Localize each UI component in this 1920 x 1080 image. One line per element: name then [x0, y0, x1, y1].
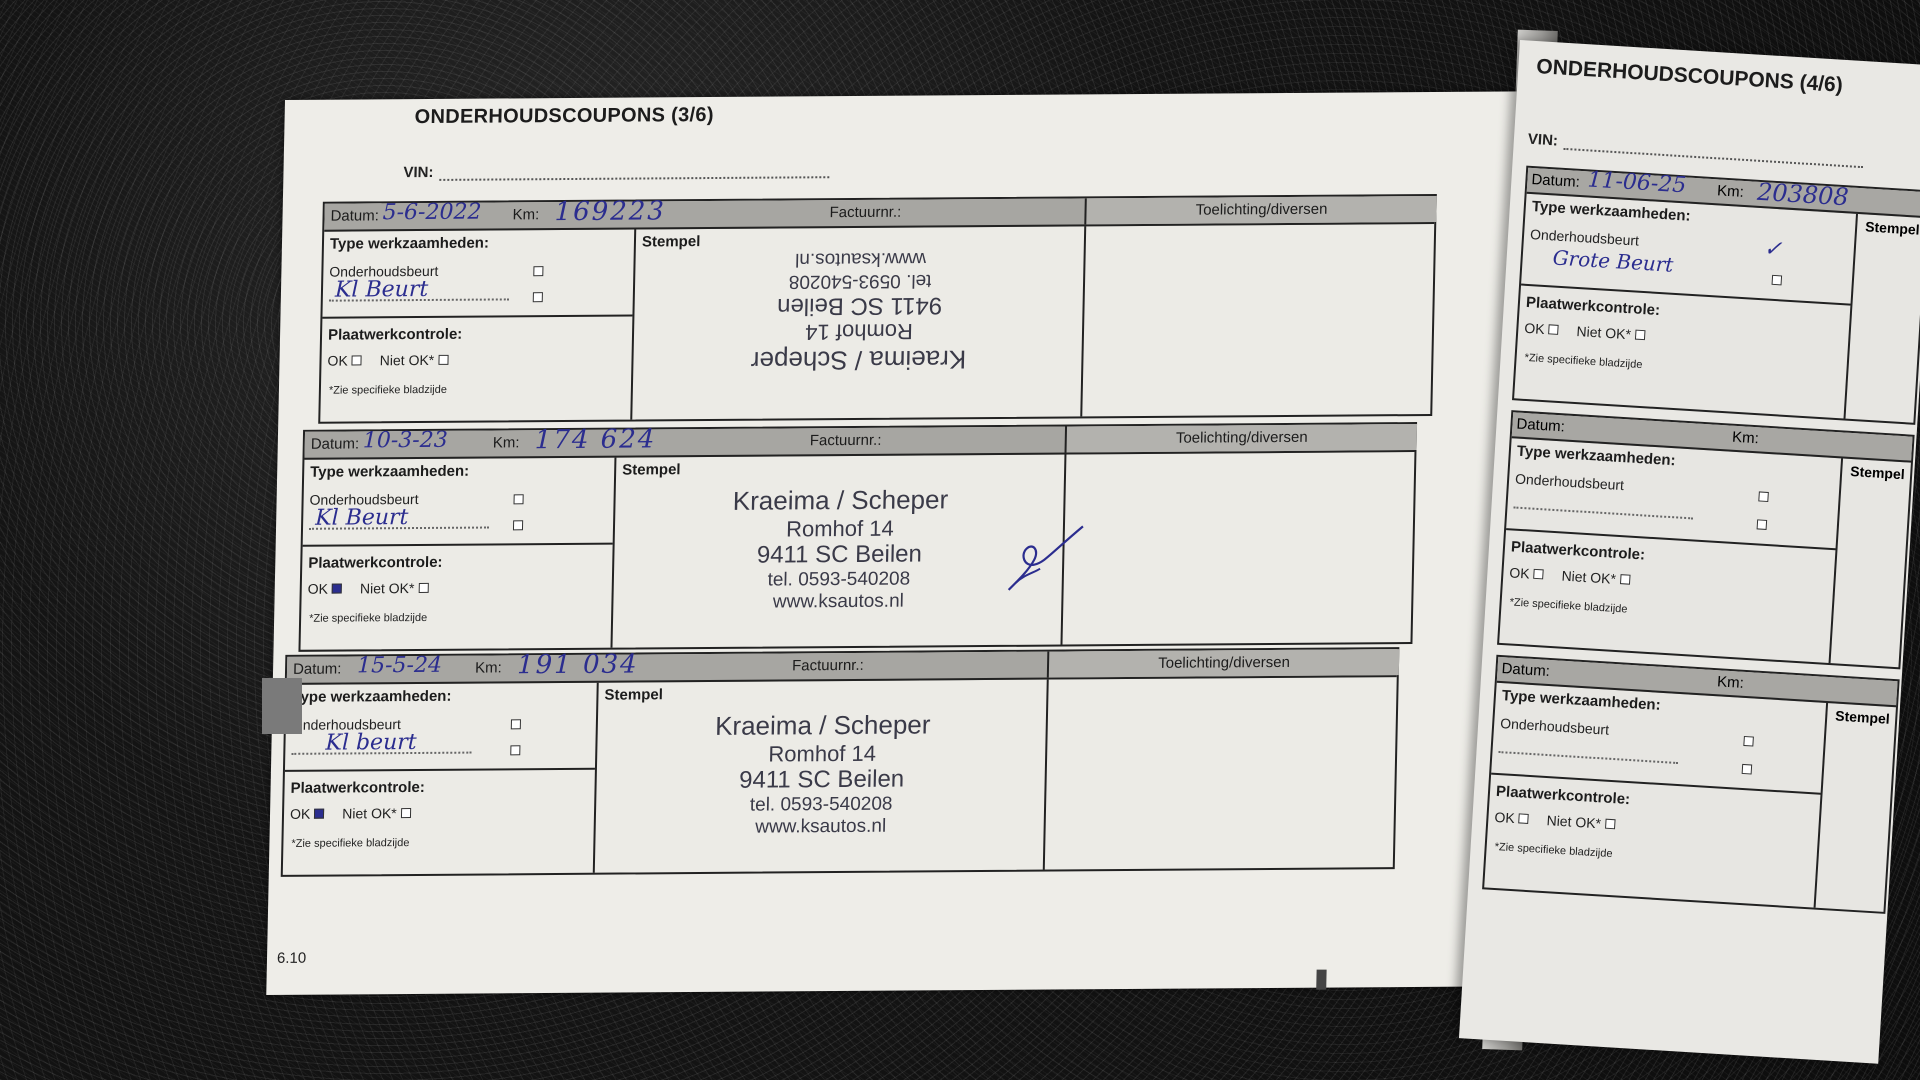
coupon-3: Datum: 15-5-24 Km: 191 034 Factuurnr.: T…	[281, 647, 1400, 877]
stamp-line-3: 9411 SC Beilen	[656, 765, 987, 795]
page-title: ONDERHOUDSCOUPONS (3/6)	[414, 104, 714, 129]
page-tab-marker	[262, 678, 302, 734]
coupon-1: Datum: 5-6-2022 Km: 169223 Factuurnr.: T…	[318, 194, 1437, 424]
ok-label: OK	[327, 353, 348, 369]
niet-ok-label: Niet OK*	[1576, 323, 1631, 342]
work-column: Type werkzaamheden: Onderhoudsbeurt Plaa…	[1499, 438, 1843, 663]
plaatwerk-label: Plaatwerkcontrole:	[328, 326, 463, 344]
ok-row: OKNiet OK*	[1494, 809, 1633, 833]
extra-checkbox[interactable]	[513, 520, 523, 530]
coupon-body: Type werkzaamheden: Onderhoudsbeurt ✓ Gr…	[1514, 194, 1920, 423]
stamp-line-4: tel. 0593-540208	[674, 568, 1004, 592]
datum-value: 10-3-23	[363, 428, 448, 454]
ok-row: OKNiet OK*	[1524, 320, 1663, 344]
type-label: Type werkzaamheden:	[330, 235, 489, 253]
toelichting-column	[1062, 452, 1414, 644]
type-label: Type werkzaamheden:	[310, 463, 469, 481]
niet-ok-checkbox[interactable]	[1635, 330, 1646, 341]
extra-checkbox[interactable]	[533, 292, 543, 302]
ok-row: OKNiet OK*	[1509, 564, 1648, 588]
ok-label: OK	[1494, 809, 1515, 826]
right-coupon-1: Datum: 11-06-25 Km: 203808 Type werkzaam…	[1512, 166, 1920, 425]
ok-label: OK	[290, 806, 311, 822]
type-label: Type werkzaamheden:	[1516, 443, 1676, 470]
ok-label: OK	[1524, 320, 1545, 337]
type-label: Type werkzaamheden:	[1531, 198, 1691, 225]
toelichting-label: Toelichting/diversen	[1047, 649, 1400, 677]
datum-value: 11-06-25	[1587, 167, 1687, 198]
dealer-stamp-upside-down: Kraeima / Scheper Romhof 14 9411 SC Beil…	[693, 247, 1026, 376]
km-value: 203808	[1756, 178, 1849, 212]
km-value: 174 624	[535, 424, 657, 455]
coupon-body: Type werkzaamheden: Onderhoudsbeurt Kl b…	[283, 677, 1397, 875]
stamp-line-2: Romhof 14	[694, 318, 1025, 346]
niet-ok-checkbox[interactable]	[401, 808, 411, 818]
onderhoud-checkbox[interactable]	[1758, 491, 1769, 502]
checkmark-icon: ✓	[1763, 236, 1783, 262]
km-label: Km:	[475, 659, 502, 676]
datum-value: 5-6-2022	[382, 200, 481, 226]
factuur-label: Factuurnr.:	[810, 432, 882, 450]
work-type-section: Type werkzaamheden: Onderhoudsbeurt	[1506, 438, 1841, 550]
coupon-2: Datum: 10-3-23 Km: 174 624 Factuurnr.: T…	[298, 422, 1417, 652]
work-type-section: Type werkzaamheden: Onderhoudsbeurt Kl B…	[322, 230, 634, 319]
extra-checkbox[interactable]	[1757, 519, 1768, 530]
stamp-line-2: Romhof 14	[675, 515, 1006, 543]
ok-row: OKNiet OK*	[327, 352, 466, 369]
zie-note: *Zie specifieke bladzijde	[291, 837, 409, 850]
km-label: Km:	[493, 434, 520, 451]
work-type-section: Type werkzaamheden: Onderhoudsbeurt ✓ Gr…	[1521, 194, 1856, 306]
vin-label: VIN:	[403, 164, 433, 181]
stamp-column: Stempel Kraeima / Scheper Romhof 14 9411…	[632, 226, 1086, 419]
niet-ok-label: Niet OK*	[342, 805, 397, 821]
zie-note: *Zie specifieke bladzijde	[1524, 352, 1643, 371]
page-notch	[1316, 970, 1326, 990]
niet-ok-label: Niet OK*	[360, 580, 415, 596]
zie-note: *Zie specifieke bladzijde	[309, 612, 427, 625]
toelichting-column	[1082, 224, 1434, 416]
zie-note: *Zie specifieke bladzijde	[1509, 596, 1628, 615]
ok-label: OK	[1509, 564, 1530, 581]
toelichting-label: Toelichting/diversen	[1065, 424, 1418, 452]
stempel-label: Stempel	[1850, 463, 1905, 482]
work-type-section: Type werkzaamheden: Onderhoudsbeurt Kl b…	[285, 683, 597, 772]
vin-field: VIN:	[403, 161, 829, 181]
stempel-label: Stempel	[642, 233, 701, 250]
datum-label: Datum:	[1531, 171, 1580, 191]
dotted-line	[1513, 506, 1693, 519]
stamp-line-1: Kraeima / Scheper	[693, 343, 1024, 375]
niet-ok-label: Niet OK*	[380, 352, 435, 368]
type-handwritten: Grote Beurt	[1552, 245, 1674, 276]
dealer-stamp: Kraeima / Scheper Romhof 14 9411 SC Beil…	[655, 710, 988, 839]
km-label: Km:	[1732, 429, 1760, 448]
extra-checkbox[interactable]	[1772, 275, 1783, 286]
onderhoud-checkbox[interactable]	[511, 719, 521, 729]
onderhoud-checkbox[interactable]	[533, 266, 543, 276]
stempel-label: Stempel	[604, 686, 663, 703]
datum-label: Datum:	[330, 207, 379, 224]
work-type-section: Type werkzaamheden: Onderhoudsbeurt Kl B…	[303, 458, 615, 547]
left-page: ONDERHOUDSCOUPONS (3/6) VIN: Datum: 5-6-…	[266, 91, 1530, 995]
stamp-line-3: 9411 SC Beilen	[694, 290, 1025, 320]
type-label: Type werkzaamheden:	[1501, 687, 1661, 714]
ok-checkbox[interactable]	[1518, 813, 1529, 824]
work-column: Type werkzaamheden: Onderhoudsbeurt Kl b…	[283, 683, 599, 875]
plaatwerk-label: Plaatwerkcontrole:	[1525, 294, 1660, 319]
datum-label: Datum:	[1501, 660, 1550, 680]
niet-ok-label: Niet OK*	[1546, 812, 1601, 831]
onderhoud-label: Onderhoudsbeurt	[1515, 471, 1625, 494]
plaatwerk-label: Plaatwerkcontrole:	[290, 779, 425, 797]
stamp-column: Stempel Kraeima / Scheper Romhof 14 9411…	[612, 454, 1066, 647]
ok-label: OK	[308, 581, 329, 597]
km-label: Km:	[1717, 673, 1745, 692]
datum-label: Datum:	[293, 661, 342, 678]
niet-ok-label: Niet OK*	[1561, 568, 1616, 587]
onderhoud-checkbox[interactable]	[513, 494, 523, 504]
coupon-body: Type werkzaamheden: Onderhoudsbeurt Kl B…	[320, 224, 1434, 422]
ok-row: OKNiet OK*	[308, 580, 447, 597]
niet-ok-checkbox[interactable]	[438, 355, 448, 365]
datum-value: 15-5-24	[357, 653, 442, 679]
stamp-line-1: Kraeima / Scheper	[657, 710, 988, 742]
work-column: Type werkzaamheden: Onderhoudsbeurt Plaa…	[1484, 683, 1828, 908]
stempel-label: Stempel	[1835, 708, 1890, 727]
vin-dotted-line	[1563, 148, 1863, 168]
datum-label: Datum:	[1516, 416, 1565, 436]
datum-label: Datum:	[311, 435, 360, 452]
work-column: Type werkzaamheden: Onderhoudsbeurt Kl B…	[320, 230, 636, 422]
onderhoud-label: Onderhoudsbeurt	[1530, 226, 1640, 249]
zie-note: *Zie specifieke bladzijde	[329, 384, 447, 397]
type-label: Type werkzaamheden:	[292, 688, 451, 706]
coupon-body: Type werkzaamheden: Onderhoudsbeurt Plaa…	[1484, 683, 1896, 912]
stamp-line-1: Kraeima / Scheper	[675, 485, 1006, 517]
niet-ok-checkbox[interactable]	[1620, 574, 1631, 585]
coupon-body: Type werkzaamheden: Onderhoudsbeurt Kl B…	[300, 452, 1414, 650]
km-label: Km:	[512, 206, 539, 223]
ok-checkbox[interactable]	[1548, 324, 1559, 335]
right-coupon-3: Datum: Km: Type werkzaamheden: Onderhoud…	[1482, 655, 1900, 914]
factuur-label: Factuurnr.:	[829, 204, 901, 222]
right-coupon-2: Datum: Km: Type werkzaamheden: Onderhoud…	[1497, 410, 1915, 669]
niet-ok-checkbox[interactable]	[418, 583, 428, 593]
vin-dotted-line	[439, 176, 829, 181]
stamp-column: Stempel Kraeima / Scheper Romhof 14 9411…	[595, 680, 1049, 873]
km-value: 169223	[554, 196, 666, 227]
dotted-line	[1498, 751, 1678, 764]
stamp-line-5: www.ksautos.nl	[673, 590, 1003, 614]
coupon-body: Type werkzaamheden: Onderhoudsbeurt Plaa…	[1499, 438, 1911, 667]
onderhoud-label: Onderhoudsbeurt	[1500, 715, 1610, 738]
zie-note: *Zie specifieke bladzijde	[1494, 841, 1613, 860]
work-column: Type werkzaamheden: Onderhoudsbeurt Kl B…	[300, 458, 616, 650]
stamp-line-3: 9411 SC Beilen	[674, 540, 1005, 570]
stamp-line-5: www.ksautos.nl	[655, 815, 985, 839]
km-value: 191 034	[517, 649, 639, 680]
right-page: ONDERHOUDSCOUPONS (4/6) VIN: Datum: 11-0…	[1459, 40, 1920, 1064]
stempel-label: Stempel	[1865, 218, 1920, 237]
toelichting-column	[1045, 677, 1397, 869]
stempel-label: Stempel	[622, 461, 681, 478]
ok-checkbox[interactable]	[352, 355, 362, 365]
ok-row: OKNiet OK*	[290, 805, 429, 822]
extra-checkbox[interactable]	[510, 745, 520, 755]
plaatwerk-label: Plaatwerkcontrole:	[308, 554, 443, 572]
dealer-stamp: Kraeima / Scheper Romhof 14 9411 SC Beil…	[673, 485, 1006, 614]
vin-label: VIN:	[1527, 131, 1558, 150]
plaatwerk-label: Plaatwerkcontrole:	[1511, 538, 1646, 563]
work-type-section: Type werkzaamheden: Onderhoudsbeurt	[1491, 683, 1826, 795]
stamp-line-4: tel. 0593-540208	[656, 793, 986, 817]
extra-checkbox[interactable]	[1742, 764, 1753, 775]
factuur-label: Factuurnr.:	[792, 657, 864, 675]
stamp-line-2: Romhof 14	[657, 740, 988, 768]
km-label: Km:	[1717, 182, 1745, 201]
ok-checkbox[interactable]	[1533, 569, 1544, 580]
vin-field: VIN:	[1527, 131, 1863, 168]
ok-checkbox-checked[interactable]	[332, 584, 342, 594]
page-title: ONDERHOUDSCOUPONS (4/6)	[1536, 55, 1844, 98]
work-column: Type werkzaamheden: Onderhoudsbeurt ✓ Gr…	[1514, 194, 1858, 419]
plaatwerk-label: Plaatwerkcontrole:	[1496, 783, 1631, 808]
stamp-line-5: www.ksautos.nl	[695, 247, 1025, 271]
onderhoud-checkbox[interactable]	[1743, 736, 1754, 747]
stamp-line-4: tel. 0593-540208	[695, 269, 1025, 293]
toelichting-label: Toelichting/diversen	[1084, 196, 1437, 224]
niet-ok-checkbox[interactable]	[1605, 819, 1616, 830]
page-number: 6.10	[277, 950, 307, 967]
ok-checkbox-checked[interactable]	[314, 809, 324, 819]
